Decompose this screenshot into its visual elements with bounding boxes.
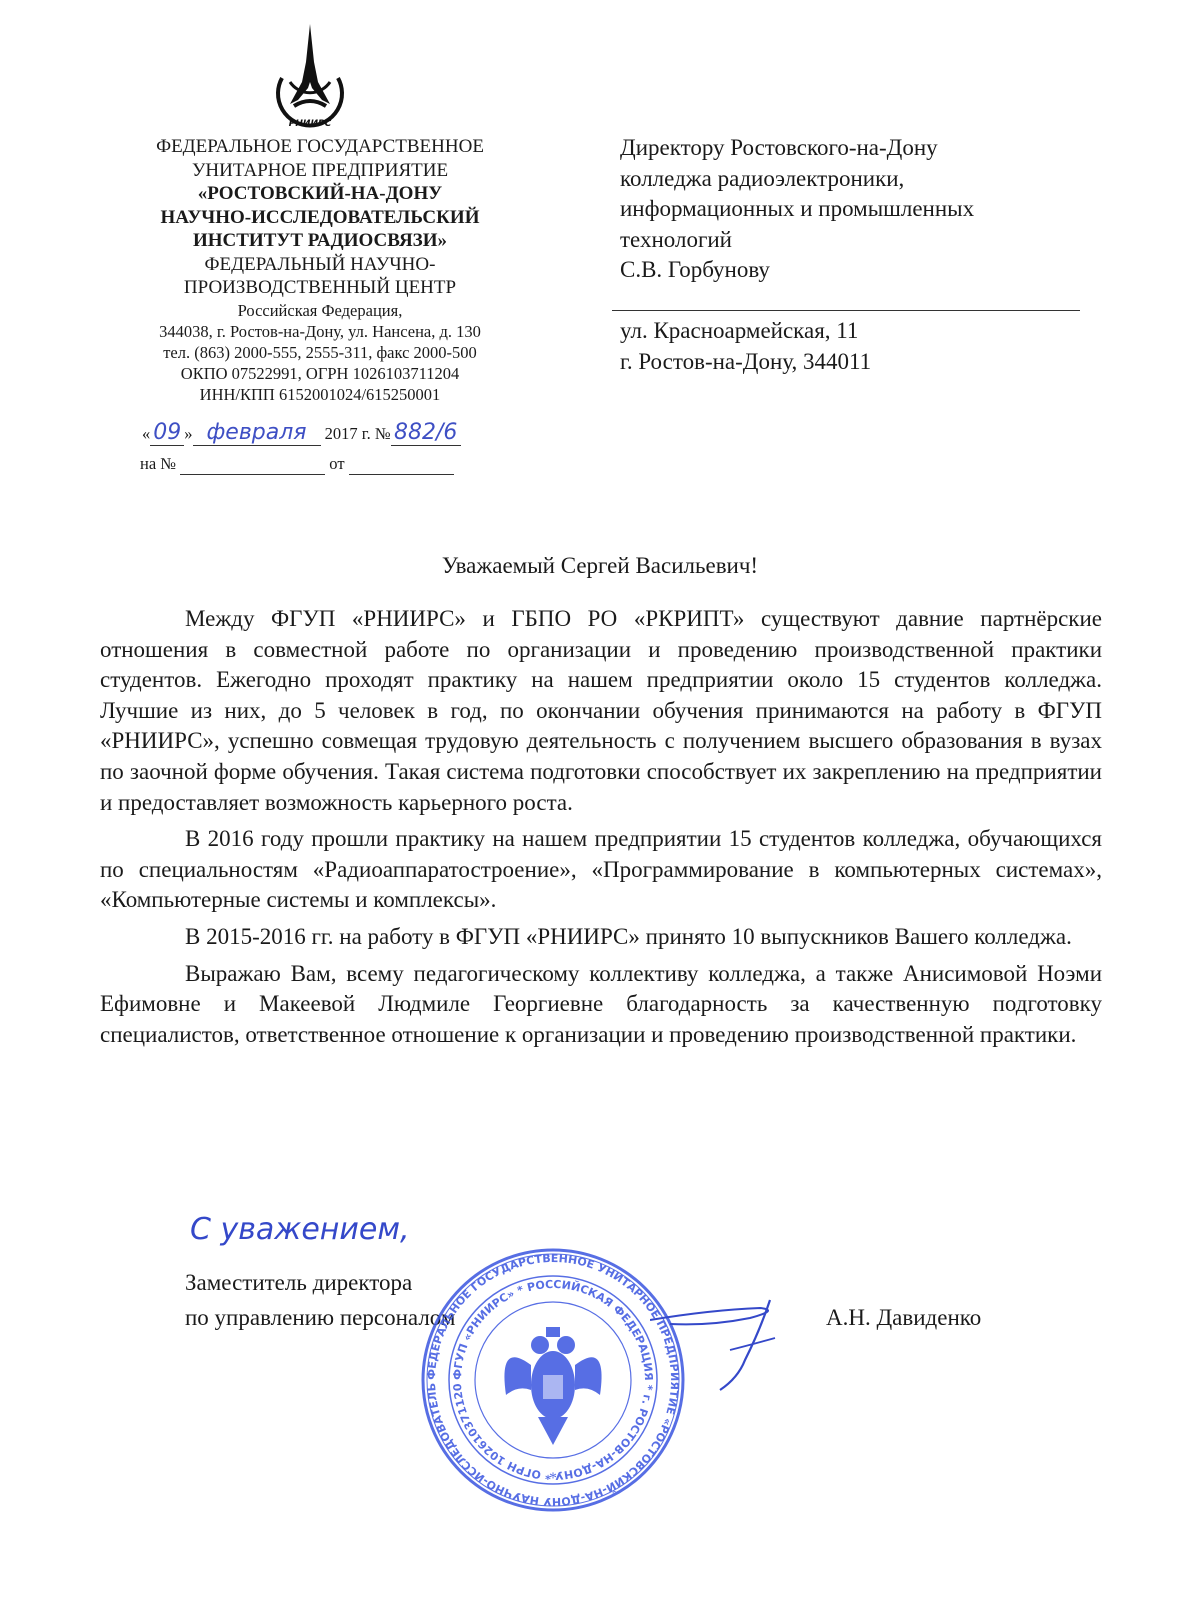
org-line: «РОСТОВСКИЙ-НА-ДОНУ [110, 182, 530, 206]
paragraph: Выражаю Вам, всему педагогическому колле… [100, 959, 1102, 1051]
recipient-line: информационных и промышленных [620, 194, 1090, 225]
svg-text:*: * [549, 1470, 557, 1487]
org-letterhead: ФЕДЕРАЛЬНОЕ ГОСУДАРСТВЕННОЕ УНИТАРНОЕ ПР… [110, 135, 530, 405]
signatory-position: Заместитель директора по управлению перс… [185, 1265, 455, 1335]
paragraph: В 2016 году прошли практику на нашем пре… [100, 824, 1102, 916]
paragraph: Между ФГУП «РНИИРС» и ГБПО РО «РКРИПТ» с… [100, 604, 1102, 818]
org-address: 344038, г. Ростов-на-Дону, ул. Нансена, … [110, 321, 530, 342]
date-year: 2017 г. № [325, 424, 391, 443]
ref-from-label: от [329, 454, 344, 473]
recipient-address: ул. Красноармейская, 11 г. Ростов-на-Дон… [620, 316, 871, 377]
recipient-line: технологий [620, 225, 1090, 256]
recipient-block: Директору Ростовского-на-Дону колледжа р… [620, 133, 1090, 286]
official-seal-icon: ФЕДЕРАЛЬНОЕ ГОСУДАРСТВЕННОЕ УНИТАРНОЕ ПР… [418, 1245, 688, 1515]
ref-number-label: на № [140, 454, 176, 473]
rniirs-logo-icon: РНИИРС [268, 22, 352, 132]
handwritten-closing: С уважением, [190, 1212, 410, 1247]
date-month: февраля [193, 420, 321, 446]
recipient-name: С.В. Горбунову [620, 255, 1090, 286]
org-okpo-ogrn: ОКПО 07522991, ОГРН 1026103711204 [110, 363, 530, 384]
org-country: Российская Федерация, [110, 300, 530, 321]
ref-date-field [349, 454, 454, 475]
org-line: УНИТАРНОЕ ПРЕДПРИЯТИЕ [110, 159, 530, 183]
org-line: ФЕДЕРАЛЬНЫЙ НАУЧНО- [110, 253, 530, 277]
org-line: НАУЧНО-ИССЛЕДОВАТЕЛЬСКИЙ [110, 206, 530, 230]
recipient-divider [612, 310, 1080, 311]
org-phone: тел. (863) 2000-555, 2555-311, факс 2000… [110, 342, 530, 363]
ref-number-field [180, 454, 325, 475]
date-line: «09»февраля 2017 г. №882/6 [140, 420, 520, 450]
handwritten-signature-icon [650, 1290, 790, 1400]
letter-date-number: «09»февраля 2017 г. №882/6 на № от [140, 420, 520, 484]
recipient-city: г. Ростов-на-Дону, 344011 [620, 347, 871, 378]
letter-number: 882/6 [391, 420, 461, 446]
recipient-line: Директору Ростовского-на-Дону [620, 133, 1090, 164]
svg-text:РНИИРС: РНИИРС [289, 119, 332, 129]
reference-line: на № от [140, 454, 520, 484]
date-day: 09 [150, 420, 184, 446]
paragraph: В 2015-2016 гг. на работу в ФГУП «РНИИРС… [100, 922, 1102, 953]
position-line: Заместитель директора [185, 1265, 455, 1300]
org-line: ИНСТИТУТ РАДИОСВЯЗИ» [110, 229, 530, 253]
recipient-street: ул. Красноармейская, 11 [620, 316, 871, 347]
position-line: по управлению персоналом [185, 1300, 455, 1335]
org-inn-kpp: ИНН/КПП 6152001024/615250001 [110, 384, 530, 405]
signatory-name: А.Н. Давиденко [826, 1305, 981, 1331]
org-line: ФЕДЕРАЛЬНОЕ ГОСУДАРСТВЕННОЕ [110, 135, 530, 159]
letter-body: Между ФГУП «РНИИРС» и ГБПО РО «РКРИПТ» с… [185, 604, 1102, 1056]
greeting: Уважаемый Сергей Васильевич! [0, 553, 1200, 579]
recipient-line: колледжа радиоэлектроники, [620, 164, 1090, 195]
org-line: ПРОИЗВОДСТВЕННЫЙ ЦЕНТР [110, 276, 530, 300]
